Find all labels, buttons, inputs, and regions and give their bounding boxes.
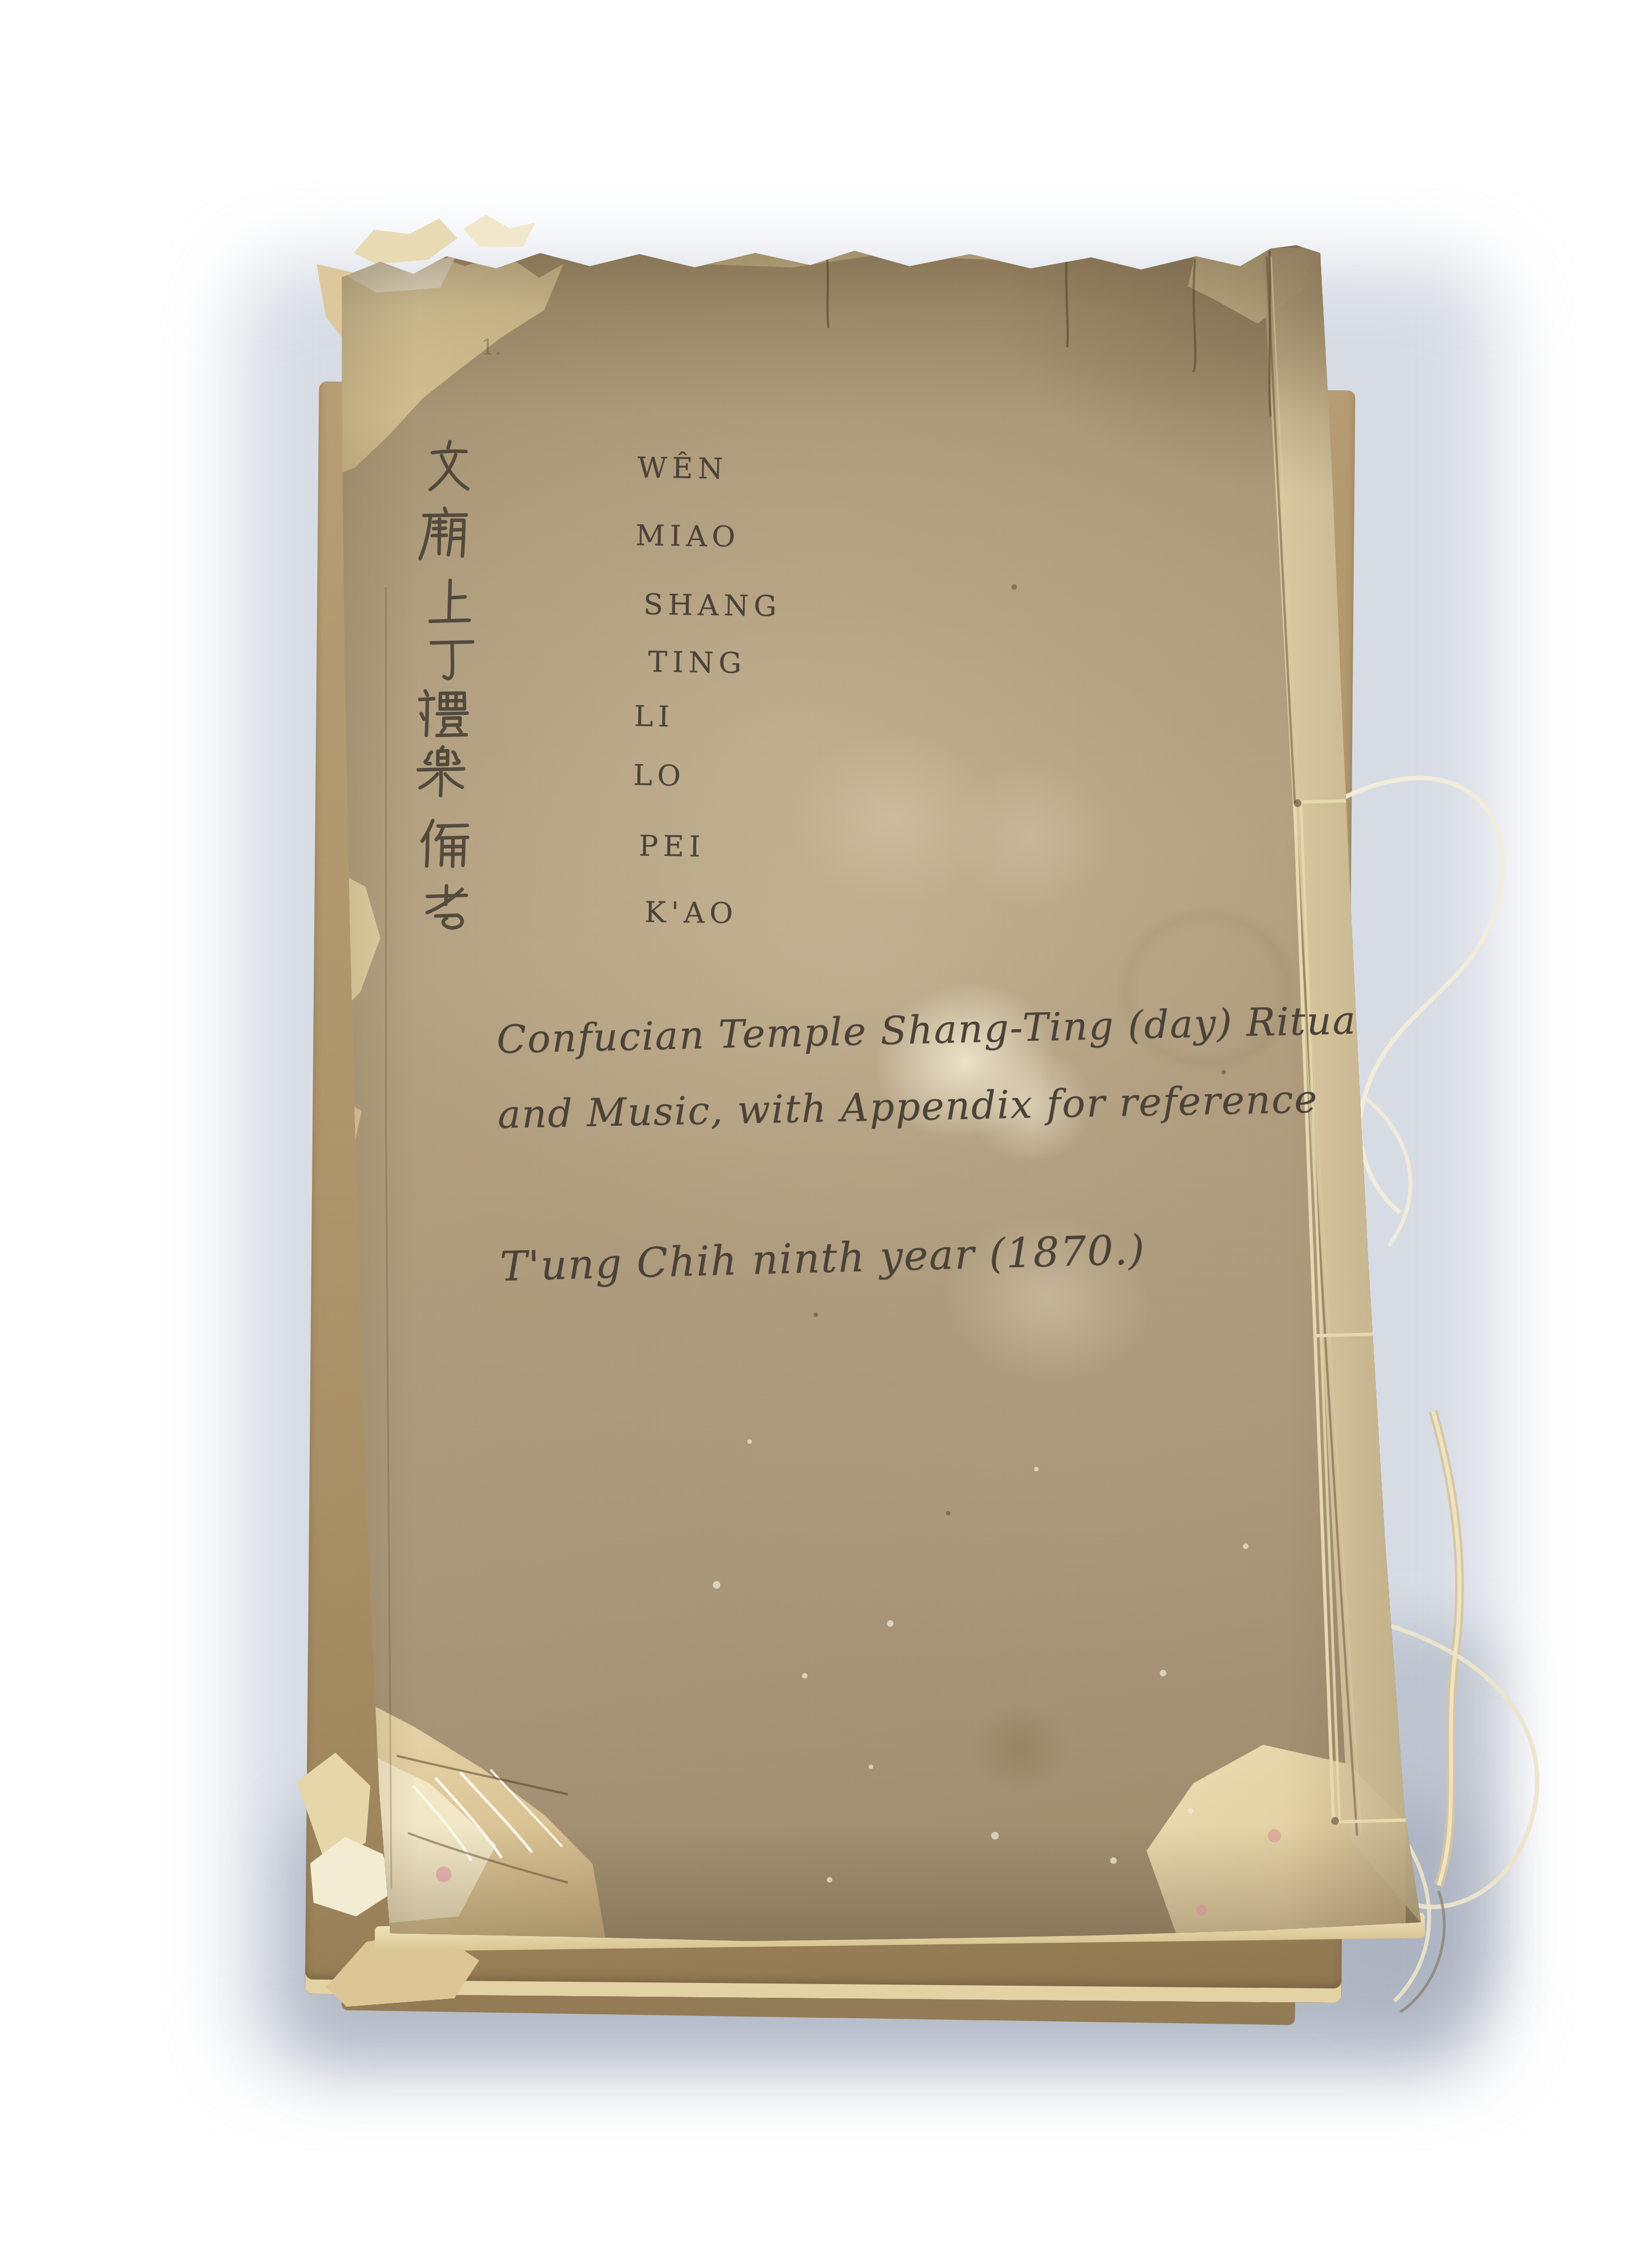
glyph-row: LI [416,685,470,743]
hanzi-shang-icon [421,573,476,631]
faint-pencil-mark: 1. [481,335,502,360]
romanization: K'AO [644,896,738,930]
glyph-row: TING [424,631,478,689]
hanzi-lo-icon [413,744,468,802]
hanzi-ting-icon [424,631,478,689]
photo-stage: 1. WÊN MIAO [0,0,1652,2258]
hanzi-li-icon [416,685,470,743]
romanization: WÊN [637,451,728,486]
romanization: TING [648,646,746,680]
romanization: SHANG [643,588,782,623]
hanzi-wen-icon [421,436,476,494]
hanzi-pei-icon [417,814,471,872]
romanization: LI [634,700,675,734]
hanzi-miao-icon [417,504,471,562]
title-glyph-column: WÊN MIAO SHANG [408,429,871,1185]
glyph-row: SHANG [421,573,476,631]
romanization: MIAO [635,519,740,554]
hanzi-kao-icon [419,880,474,938]
glyph-row: WÊN [421,436,476,494]
glyph-row: K'AO [419,880,474,938]
glyph-row: PEI [417,814,471,872]
glyph-row: LO [413,744,468,802]
romanization: PEI [639,830,706,864]
romanization: LO [633,759,686,793]
book-cover: 1. WÊN MIAO [331,234,1428,1946]
glyph-row: MIAO [417,504,471,562]
